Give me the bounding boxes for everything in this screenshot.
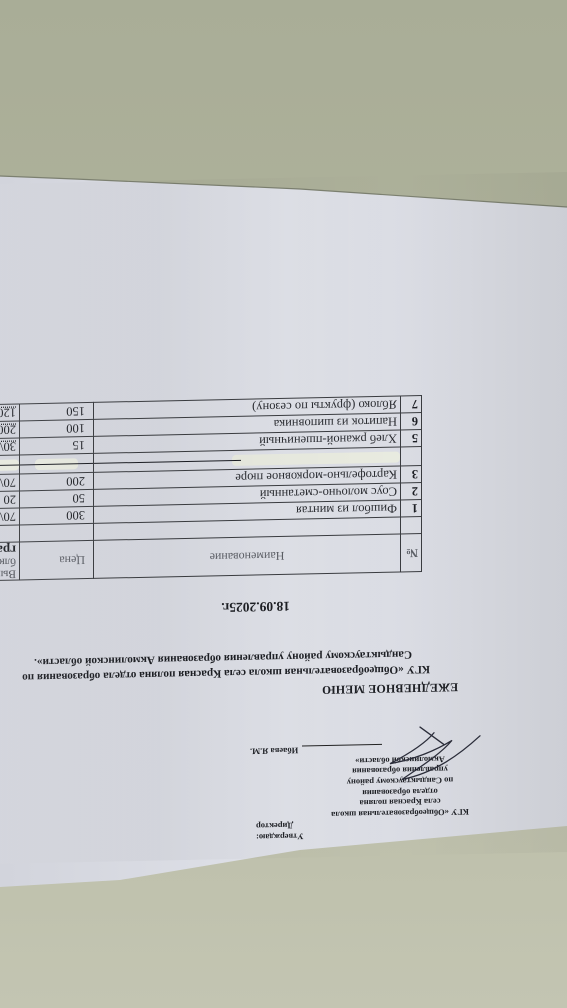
dish-output: 70\90\100: [0, 508, 20, 527]
signatory-name: Ибаева Я.М.: [250, 745, 298, 757]
spacer-cell: [401, 517, 422, 534]
correction-fluid: [232, 451, 400, 466]
dish-output: 120: [0, 404, 20, 423]
dish-price: 300: [20, 506, 94, 525]
row-number: 3: [401, 466, 422, 483]
handwritten-signature-icon: [370, 724, 490, 787]
dish-price: 50: [20, 489, 94, 508]
strike-line: [94, 460, 241, 464]
daily-menu-document: Утверждаю: Директор КГУ «Общеобразовател…: [0, 172, 567, 865]
dish-output: 30\50: [0, 438, 20, 457]
menu-table: № Наименование Цена Выход блюдо в грамма…: [0, 395, 422, 582]
title-block: ЕЖЕДНЕВНОЕ МЕНЮ КГУ «Общеобразовательная…: [0, 643, 567, 705]
organization-subtitle: КГУ «Общеобразовательная школа села Крас…: [0, 646, 430, 686]
row-number: 1: [401, 500, 422, 517]
row-number: 6: [401, 413, 422, 430]
spacer-cell: [20, 523, 94, 542]
header-output-line-1: Выход: [0, 568, 16, 581]
header-number: №: [401, 534, 422, 572]
dish-output: 70\90\100: [0, 474, 20, 493]
row-number: 5: [401, 430, 422, 447]
dish-output: 200: [0, 421, 20, 440]
row-number: 2: [401, 483, 422, 500]
dish-price: 200: [20, 472, 94, 491]
header-output-line-3: граммах: [0, 543, 16, 559]
header-name: Наименование: [94, 534, 401, 578]
dish-price: 150: [20, 402, 94, 421]
row-number: 7: [401, 396, 422, 413]
dish-price: 15: [20, 436, 94, 455]
dish-output: 20: [0, 491, 20, 510]
menu-date: 18.09.2025г.: [221, 598, 290, 615]
header-price: Цена: [20, 540, 94, 580]
dish-price: 100: [20, 419, 94, 438]
header-output: Выход блюдо в граммах: [0, 542, 20, 582]
row-number: [401, 447, 422, 466]
dish-price-whited-out: [20, 453, 94, 474]
spacer-cell: [0, 525, 20, 544]
dish-output-whited-out: [0, 455, 20, 476]
